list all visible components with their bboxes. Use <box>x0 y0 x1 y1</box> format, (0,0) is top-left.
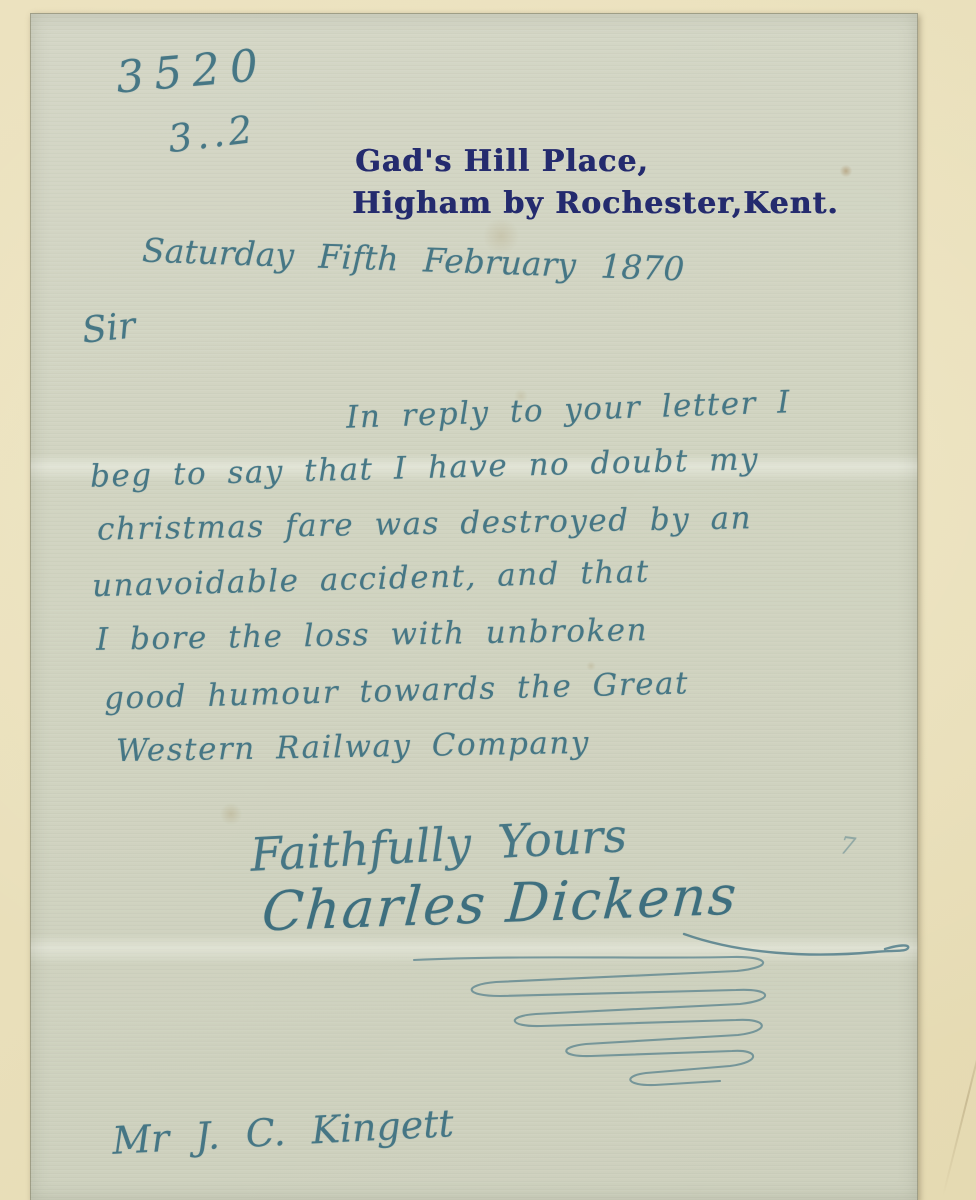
salutation: Sir <box>80 305 137 351</box>
letterhead-line-2: Higham by Rochester,Kent. <box>352 186 839 221</box>
letterhead-line-1: Gad's Hill Place, <box>355 144 649 179</box>
signature-flourish <box>400 952 810 1092</box>
